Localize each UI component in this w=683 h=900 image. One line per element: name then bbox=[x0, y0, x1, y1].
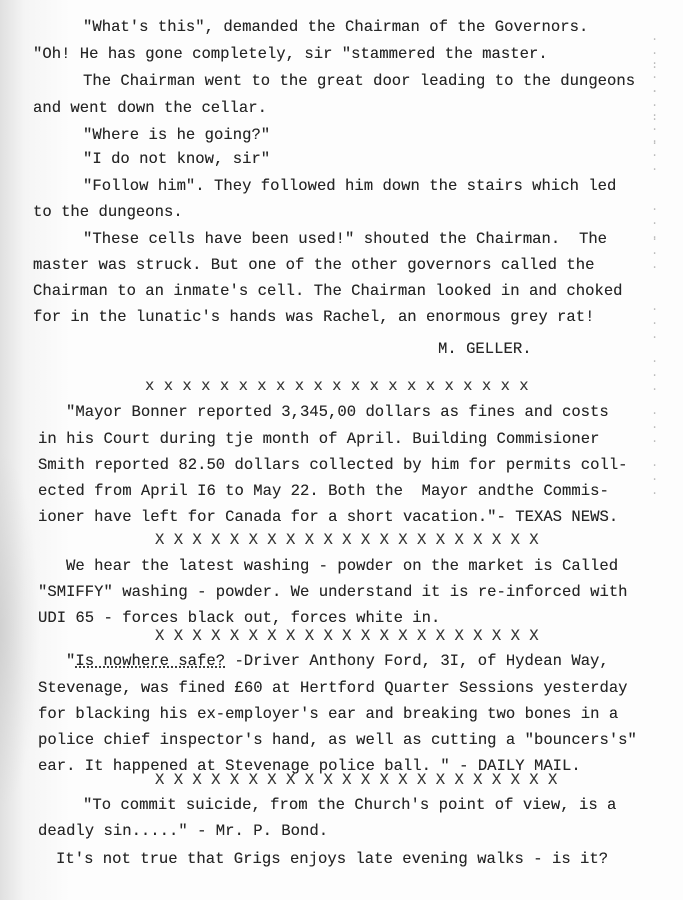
item-line: "Mayor Bonner reported 3,345,00 dollars … bbox=[66, 403, 609, 421]
story-line: "What's this", demanded the Chairman of … bbox=[83, 18, 588, 36]
closing-line: It's not true that Grigs enjoys late eve… bbox=[56, 850, 608, 868]
item-line: UDI 65 - forces black out, forces white … bbox=[38, 609, 440, 627]
item-line: "SMIFFY" washing - powder. We understand… bbox=[38, 583, 628, 601]
story-line: Chairman to an inmate's cell. The Chairm… bbox=[33, 282, 623, 300]
item-line: Smith reported 82.50 dollars collected b… bbox=[38, 456, 628, 474]
story-line: The Chairman went to the great door lead… bbox=[83, 72, 635, 90]
separator: x x x x x x x x x x x x x x x x x x x x … bbox=[145, 377, 529, 395]
story-line: and went down the cellar. bbox=[33, 99, 267, 117]
story-line: "Where is he going?" bbox=[83, 126, 270, 144]
story-line: for in the lunatic's hands was Rachel, a… bbox=[33, 308, 594, 326]
bleed-through-marks: . . . bbox=[651, 456, 677, 498]
item-line: "To commit suicide, from the Church's po… bbox=[83, 796, 616, 814]
story-line: "Follow him". They followed him down the… bbox=[83, 177, 616, 195]
separator: X X X X X X X X X X X X X X X X X X X X … bbox=[155, 627, 539, 645]
item-line: ected from April I6 to May 22. Both the … bbox=[38, 482, 609, 500]
item-line-rest: -Driver Anthony Ford, 3I, of Hydean Way, bbox=[225, 652, 609, 670]
bleed-through-marks: . . . bbox=[651, 230, 677, 272]
bleed-through-marks: . . . bbox=[651, 132, 677, 174]
bleed-through-marks: . . . bbox=[651, 352, 677, 394]
story-line: "I do not know, sir" bbox=[83, 150, 270, 168]
story-line: master was struck. But one of the other … bbox=[33, 256, 594, 274]
bleed-through-marks: . . . bbox=[651, 300, 677, 342]
story-line: "Oh! He has gone completely, sir "stamme… bbox=[33, 45, 548, 63]
item-line: "Is nowhere safe? -Driver Anthony Ford, … bbox=[66, 652, 609, 670]
story-line: "These cells have been used!" shouted th… bbox=[83, 230, 607, 248]
item-line: Stevenage, was fined £60 at Hertford Qua… bbox=[38, 679, 628, 697]
bleed-through-marks: . . . bbox=[651, 404, 677, 446]
separator: X X X X X X X X X X X X X X X X X X X X … bbox=[155, 771, 557, 789]
separator: X X X X X X X X X X X X X X X X X X X X … bbox=[155, 531, 539, 549]
item-headline: Is nowhere safe? bbox=[75, 652, 225, 670]
item-line: for blacking his ex-employer's ear and b… bbox=[38, 705, 618, 723]
page-edge-shadow-lower bbox=[0, 450, 40, 810]
story-line: to the dungeons. bbox=[33, 203, 183, 221]
item-line: police chief inspector's hand, as well a… bbox=[38, 731, 637, 749]
item-line: deadly sin....." - Mr. P. Bond. bbox=[38, 822, 328, 840]
item-line: ioner have left for Canada for a short v… bbox=[38, 508, 618, 526]
story-author: M. GELLER. bbox=[438, 340, 532, 358]
item-line: We hear the latest washing - powder on t… bbox=[66, 557, 618, 575]
item-line: in his Court during tje month of April. … bbox=[38, 430, 599, 448]
